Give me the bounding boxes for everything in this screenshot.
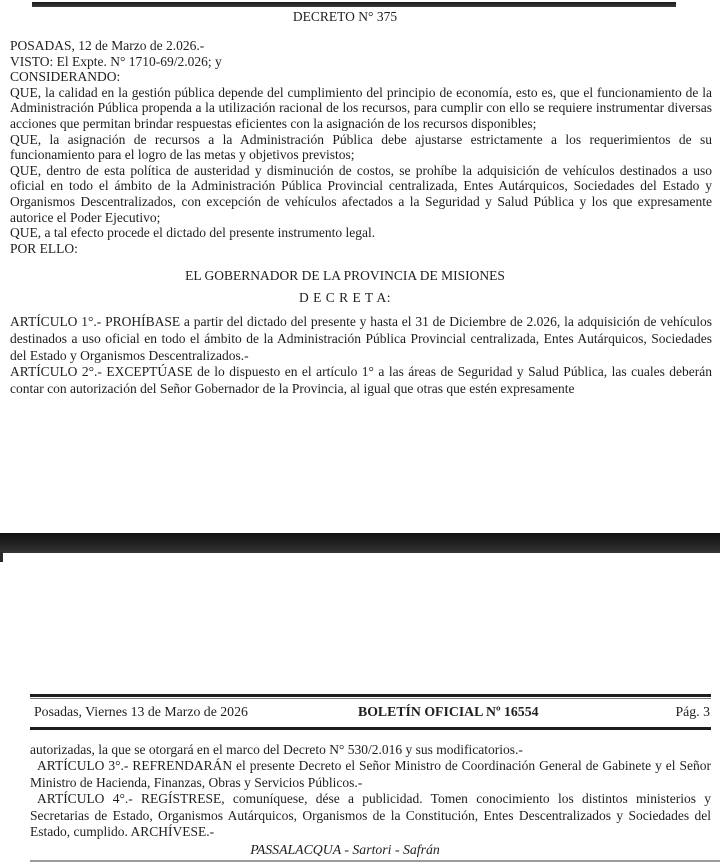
page-break-bar bbox=[0, 533, 720, 553]
decree-title: DECRETO N° 375 bbox=[0, 9, 690, 25]
visto-line: VISTO: El Expte. N° 1710-69/2.026; y bbox=[10, 54, 712, 70]
decreta-label: D E C R E T A: bbox=[0, 290, 690, 306]
header-date: Posadas, Viernes 13 de Marzo de 2026 bbox=[34, 704, 248, 720]
page-header: Posadas, Viernes 13 de Marzo de 2026 BOL… bbox=[30, 694, 711, 726]
recital-paragraph: QUE, a tal efecto procede el dictado del… bbox=[10, 225, 712, 241]
recital-paragraph: QUE, la calidad en la gestión pública de… bbox=[10, 85, 712, 132]
article-4-paragraph: ARTÍCULO 4°.- REGÍSTRESE, comuníquese, d… bbox=[30, 791, 711, 840]
article-3-paragraph: ARTÍCULO 3°.- REFRENDARÁN el presente De… bbox=[30, 758, 711, 791]
header-rule-top-thin bbox=[30, 698, 711, 699]
recital-paragraph: QUE, la asignación de recursos a la Admi… bbox=[10, 132, 712, 163]
por-ello-label: POR ELLO: bbox=[10, 241, 712, 257]
article-2-paragraph: ARTÍCULO 2°.- EXCEPTÚASE de lo dispuesto… bbox=[10, 364, 712, 398]
continuation-paragraph: autorizadas, la que se otorgará en el ma… bbox=[30, 742, 711, 758]
decree-preamble: POSADAS, 12 de Marzo de 2.026.- VISTO: E… bbox=[10, 38, 712, 256]
decree-articles-page2: ARTÍCULO 1°.- PROHÍBASE a partir del dic… bbox=[10, 314, 712, 398]
considerando-label: CONSIDERANDO: bbox=[10, 69, 712, 85]
top-divider-bar bbox=[32, 2, 676, 7]
page-header-row: Posadas, Viernes 13 de Marzo de 2026 BOL… bbox=[30, 704, 711, 726]
scan-artifact-mark bbox=[0, 552, 3, 562]
decree-articles-page3: autorizadas, la que se otorgará en el ma… bbox=[30, 742, 711, 840]
header-page-number: Pág. 3 bbox=[676, 704, 711, 720]
recital-paragraph: QUE, dentro de esta política de austerid… bbox=[10, 163, 712, 225]
header-bulletin-title: BOLETÍN OFICIAL Nº 16554 bbox=[358, 704, 539, 720]
bulletin-page: DECRETO N° 375 POSADAS, 12 de Marzo de 2… bbox=[0, 0, 720, 866]
header-rule-bottom bbox=[30, 727, 711, 730]
authority-line: EL GOBERNADOR DE LA PROVINCIA DE MISIONE… bbox=[0, 268, 690, 284]
header-rule-top bbox=[30, 694, 711, 697]
bottom-divider-rule bbox=[30, 860, 720, 862]
article-1-paragraph: ARTÍCULO 1°.- PROHÍBASE a partir del dic… bbox=[10, 314, 712, 364]
signature-line: PASSALACQUA - Sartori - Safrán bbox=[0, 842, 690, 858]
place-date-line: POSADAS, 12 de Marzo de 2.026.- bbox=[10, 38, 712, 54]
